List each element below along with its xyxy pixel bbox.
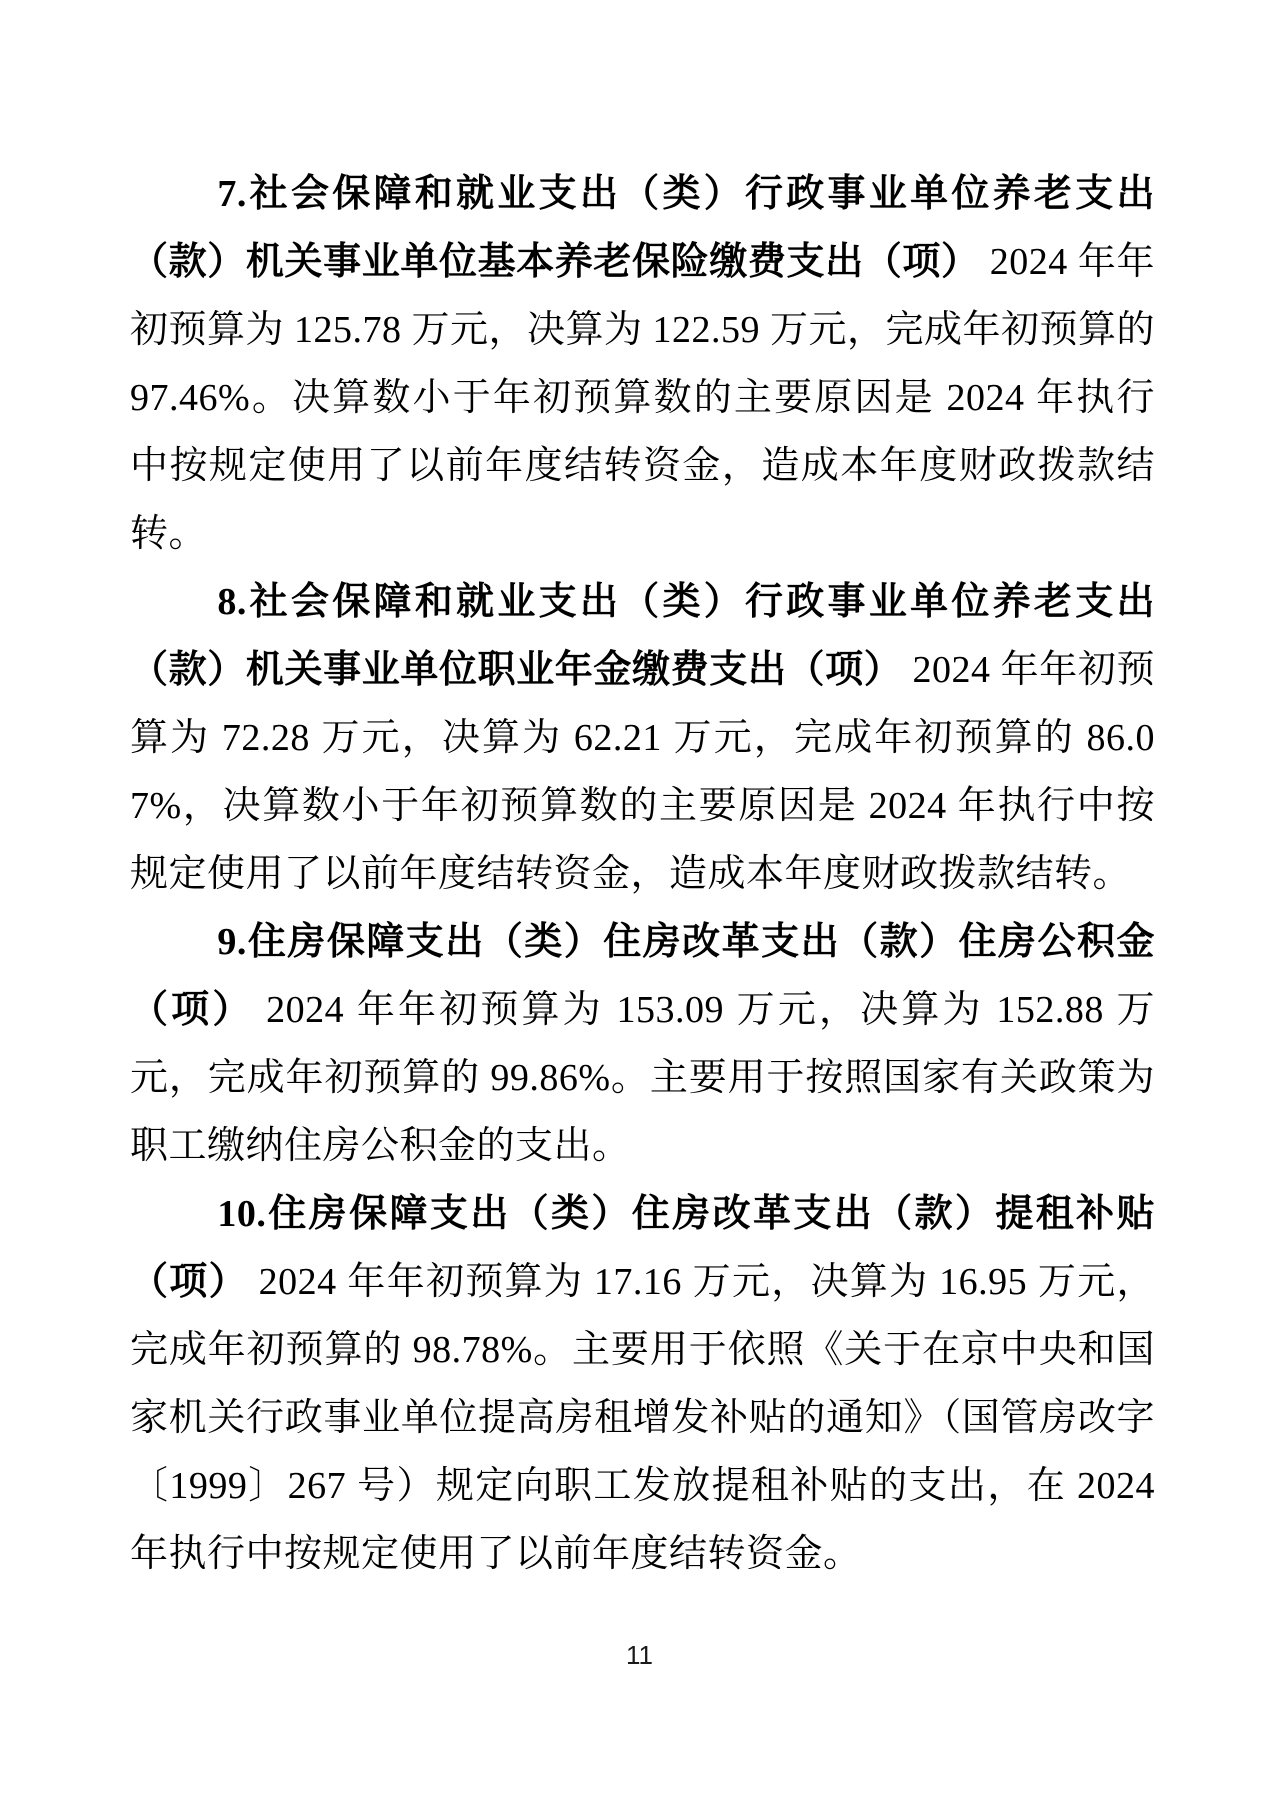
document-page: 7.社会保障和就业支出（类）行政事业单位养老支出（款）机关事业单位基本养老保险缴… bbox=[0, 0, 1279, 1809]
page-number: 11 bbox=[0, 1638, 1279, 1672]
paragraph-10-text: 2024 年年初预算为 17.16 万元，决算为 16.95 万元，完成年初预算… bbox=[130, 1261, 1155, 1575]
paragraph-7: 7.社会保障和就业支出（类）行政事业单位养老支出（款）机关事业单位基本养老保险缴… bbox=[130, 160, 1155, 568]
paragraph-9: 9.住房保障支出（类）住房改革支出（款）住房公积金（项） 2024 年年初预算为… bbox=[130, 908, 1155, 1180]
paragraph-10: 10.住房保障支出（类）住房改革支出（款）提租补贴（项） 2024 年年初预算为… bbox=[130, 1180, 1155, 1588]
paragraph-7-text: 2024 年年初预算为 125.78 万元，决算为 122.59 万元，完成年初… bbox=[130, 241, 1155, 555]
paragraph-8: 8.社会保障和就业支出（类）行政事业单位养老支出（款）机关事业单位职业年金缴费支… bbox=[130, 568, 1155, 908]
document-body: 7.社会保障和就业支出（类）行政事业单位养老支出（款）机关事业单位基本养老保险缴… bbox=[130, 160, 1155, 1588]
paragraph-9-text: 2024 年年初预算为 153.09 万元，决算为 152.88 万元，完成年初… bbox=[130, 989, 1155, 1167]
